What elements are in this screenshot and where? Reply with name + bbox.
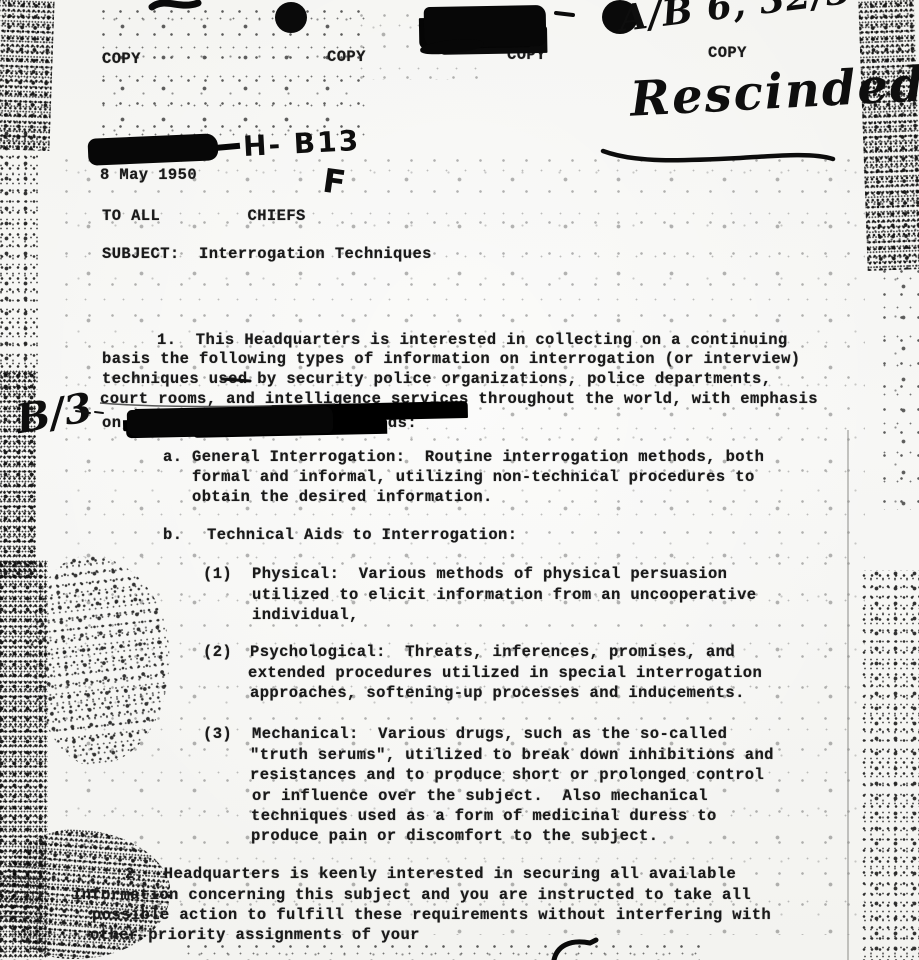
handwritten-margin-code: B/3 <box>12 384 95 444</box>
scan-crease-line <box>847 430 849 960</box>
para2-line3: possible action to fulfill these require… <box>92 906 771 926</box>
hole-punch-mark-1 <box>275 2 307 33</box>
scan-noise-left-top <box>0 0 55 151</box>
handwritten-hook-stroke-bottom <box>554 940 596 960</box>
sub3-line5: techniques used as a form of medicinal d… <box>251 807 717 827</box>
sub2-line3: approaches, softening-up processes and i… <box>250 684 745 704</box>
sub1-line3: individual, <box>252 606 359 626</box>
scanned-document-page: COPY COPY COPY COPY A/B 6, 32/3 Rescinde… <box>0 0 919 960</box>
para1-line5: onmethods: <box>102 408 417 435</box>
handwritten-file-reference: A/B 6, 32/3 <box>617 0 854 40</box>
scan-noise-left-upper <box>0 130 38 390</box>
scan-noise-right-mid <box>876 260 919 510</box>
para2-line4: other priority assignments of your <box>90 926 420 946</box>
para2-line2: information concerning this subject and … <box>72 886 751 906</box>
handwritten-margin-initial: F <box>320 161 348 203</box>
sub3-line6: produce pain or discomfort to the subjec… <box>251 827 658 847</box>
handwritten-rescinded-note: Rescinded <box>629 56 919 127</box>
item-a-marker: a. <box>163 448 182 468</box>
sub3-line4: or influence over the subject. Also mech… <box>252 787 708 807</box>
redaction-block-date-tail <box>212 143 240 151</box>
redaction-block-inline <box>127 406 334 437</box>
para1-line2: basis the following types of information… <box>102 350 801 370</box>
to-line: TO ALL CHIEFS <box>102 207 306 227</box>
sub3-line3: resistances and to produce short or prol… <box>250 766 764 786</box>
para1-line3: techniques used by security police organ… <box>102 370 771 390</box>
item-a-line1: General Interrogation: Routine interroga… <box>192 448 764 468</box>
date-line: 8 May 1950 <box>100 166 197 186</box>
para1-line1: 1. This Headquarters is interested in co… <box>157 331 788 351</box>
copy-stamp-3: COPY <box>507 46 546 66</box>
sub3-line1: Mechanical: Various drugs, such as the s… <box>252 725 727 745</box>
copy-stamp-2: COPY <box>327 48 366 68</box>
subject-line: SUBJECT: Interrogation Techniques <box>102 245 432 265</box>
para2-line1: 2. Headquarters is keenly interested in … <box>125 865 736 885</box>
scan-noise-left-lower <box>0 560 48 960</box>
redaction-block-date-line <box>87 133 218 166</box>
copy-stamp-4: COPY <box>708 44 747 64</box>
sub3-line2: "truth serums", utilized to break down i… <box>250 746 774 766</box>
partial-handwriting-stroke-top <box>152 3 198 7</box>
item-b-label: Technical Aids to Interrogation: <box>207 526 517 546</box>
scan-noise-top-band <box>95 0 365 140</box>
sub1-line2: utilized to elicit information from an u… <box>252 586 756 606</box>
scan-noise-right-top <box>858 0 919 271</box>
para1-line5-prefix: on <box>102 414 121 432</box>
item-a-line2: formal and informal, utilizing non-techn… <box>192 468 755 488</box>
sub2-marker: (2) <box>203 643 232 663</box>
rescinded-underline-stroke <box>603 151 833 160</box>
sub1-line1: Physical: Various methods of physical pe… <box>252 565 727 585</box>
sub3-marker: (3) <box>203 725 232 745</box>
para1-line5-suffix: methods: <box>339 414 417 432</box>
dash-mark-header <box>556 13 573 15</box>
item-a-line3: obtain the desired information. <box>192 488 493 508</box>
scan-noise-blob-items <box>19 548 180 771</box>
sub2-line1: Psychological: Threats, inferences, prom… <box>250 643 735 663</box>
sub1-marker: (1) <box>203 565 232 585</box>
para1-line4: court rooms, and intelligence services t… <box>100 390 818 410</box>
item-b-marker: b. <box>163 526 182 546</box>
scan-noise-right-lower <box>860 570 919 960</box>
copy-stamp-1: COPY <box>102 50 141 70</box>
handwritten-routing-code: H- B13 <box>242 124 361 163</box>
sub2-line2: extended procedures utilized in special … <box>248 664 762 684</box>
